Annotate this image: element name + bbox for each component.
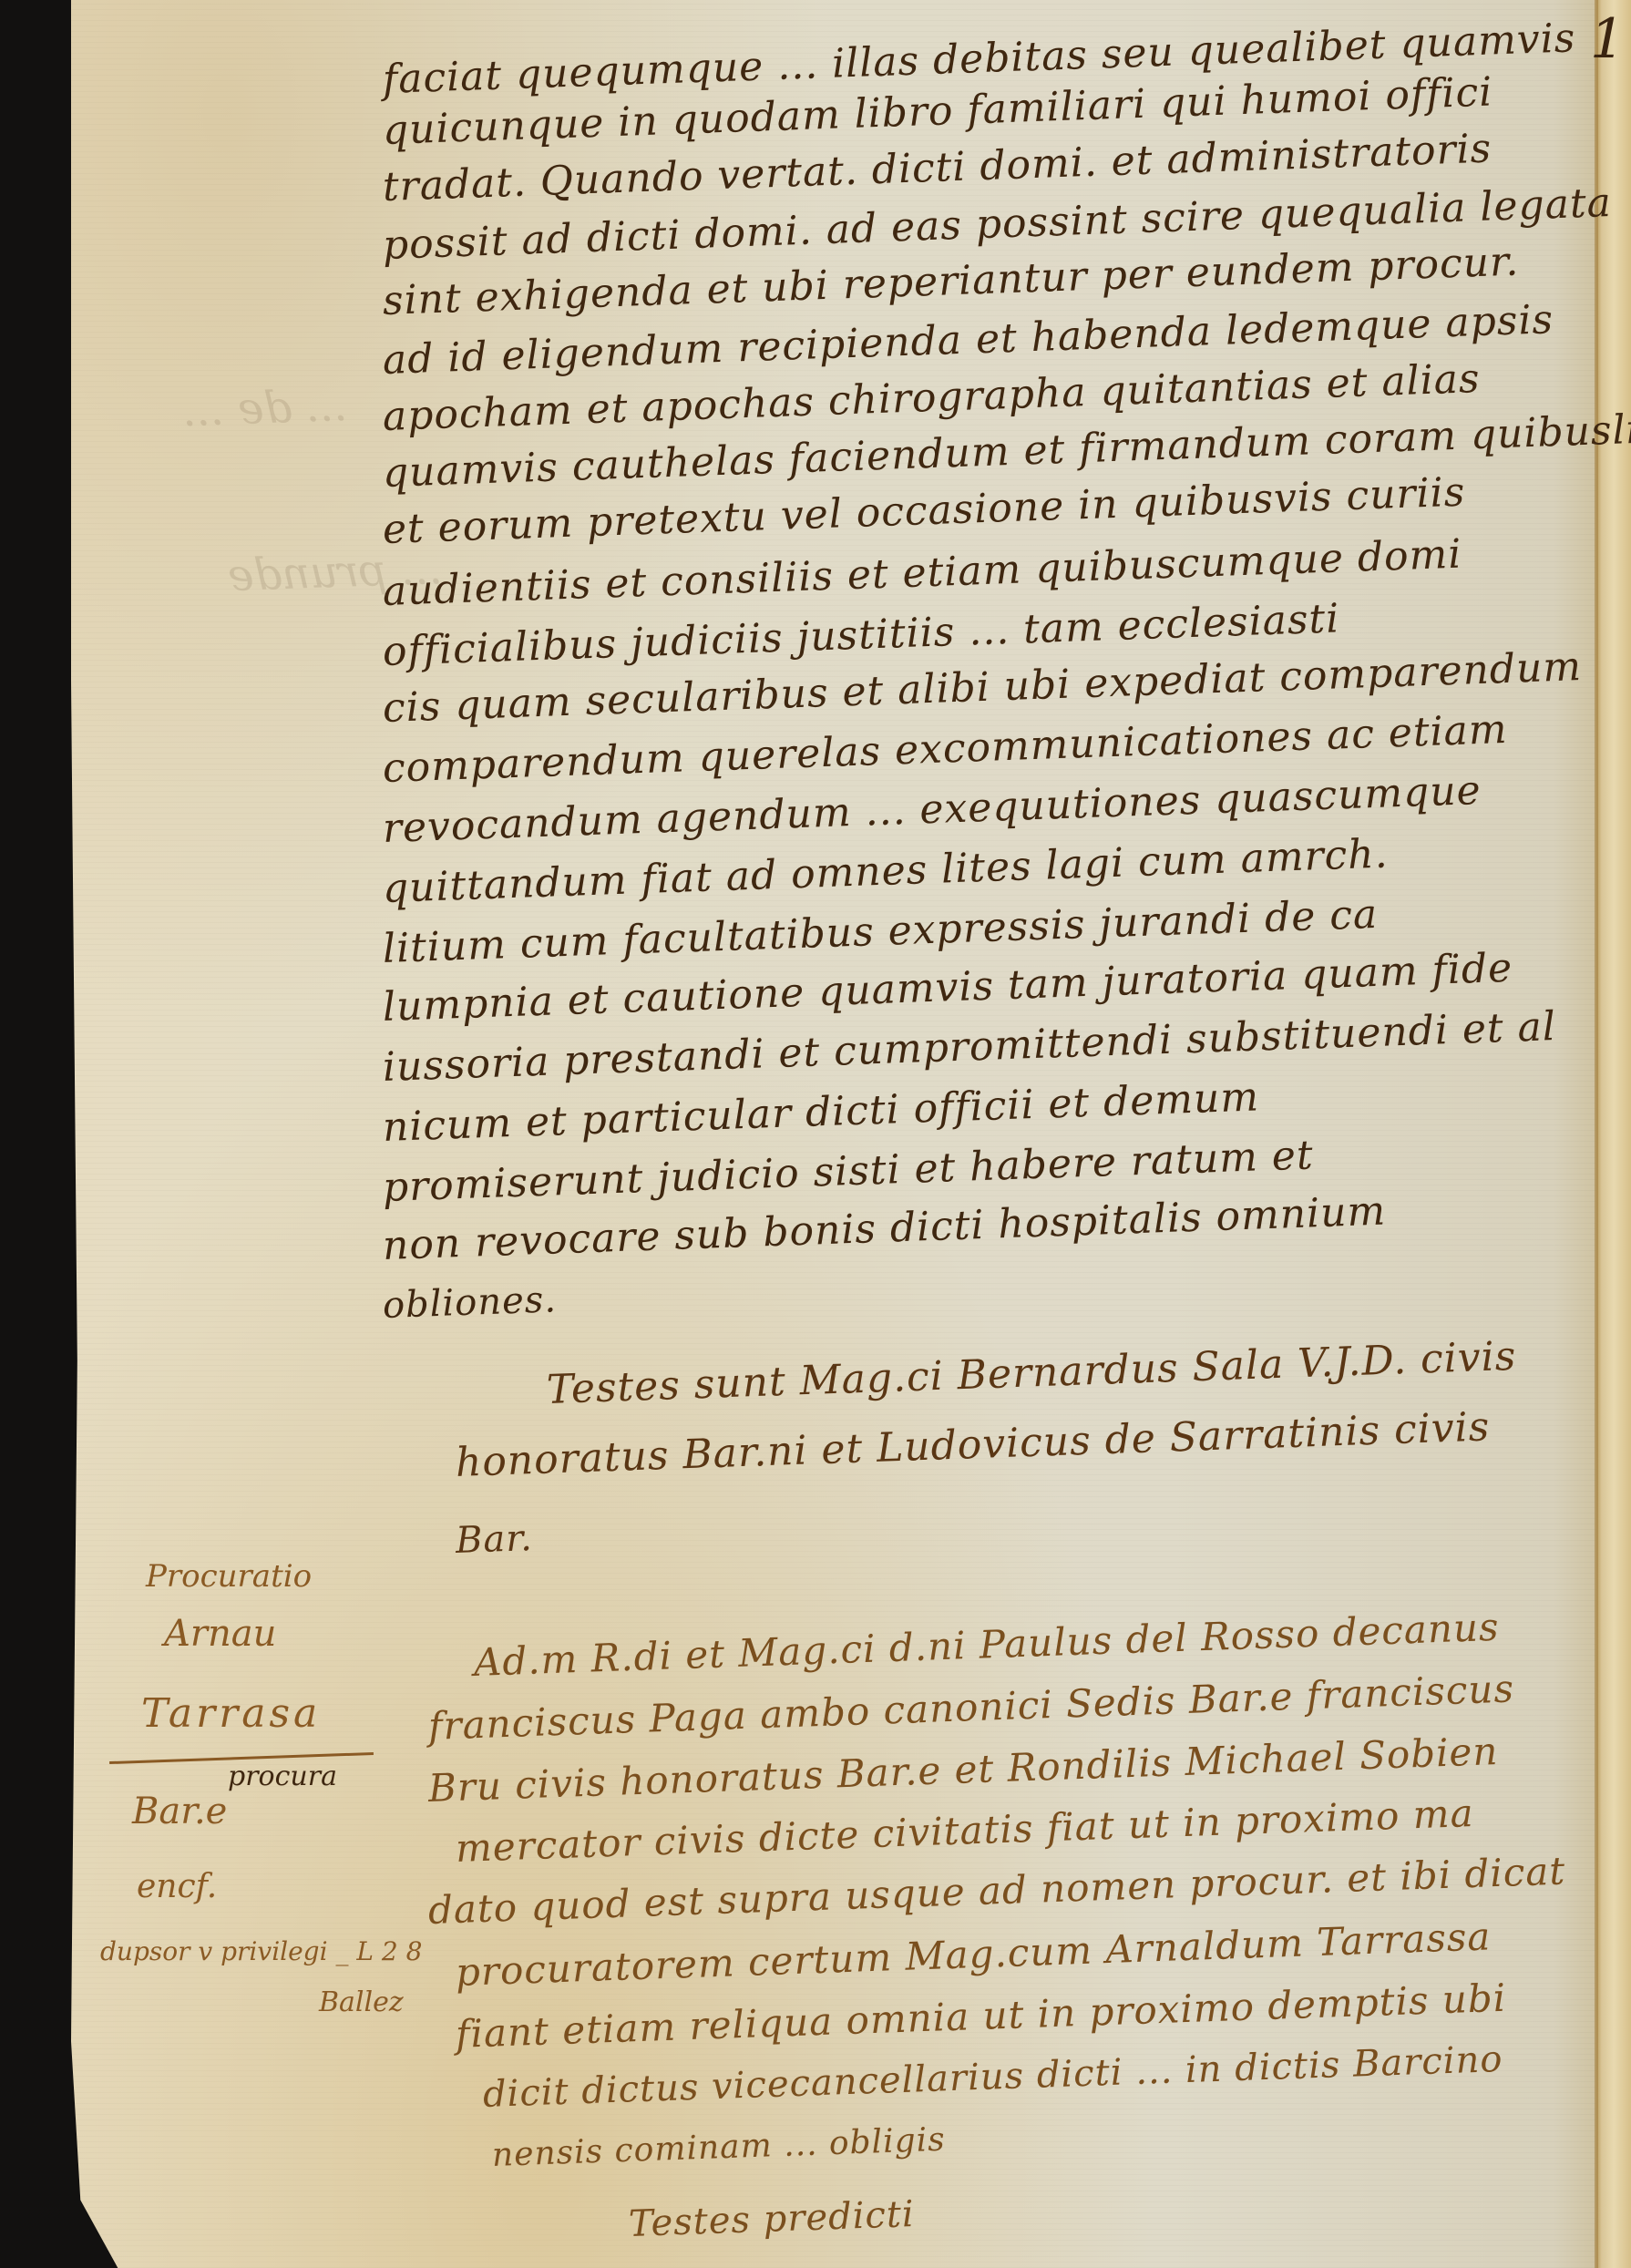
- margin-note-privileges: dupsor v privilegi _ L 2 8: [100, 1936, 422, 1966]
- manuscript-scan: ... de ... ... prunde 1 faciat quequmque…: [0, 0, 1631, 2268]
- margin-note-procura: procura: [228, 1760, 337, 1792]
- margin-note-procuratio: Procuratio: [146, 1558, 312, 1595]
- margin-note-misc: encf.: [137, 1868, 217, 1905]
- margin-note-signature: Ballez: [319, 1986, 404, 2018]
- binding-gutter: [1595, 0, 1598, 2268]
- margin-note-city: Bar.e: [132, 1791, 227, 1832]
- bleed-through-text: ... de ...: [181, 380, 348, 436]
- text-line: obliones.: [382, 1278, 558, 1327]
- page-number: 1: [1590, 7, 1625, 71]
- margin-note-name: Arnau: [164, 1613, 276, 1655]
- witness-line: Bar.: [455, 1517, 533, 1562]
- adjacent-page-edge: [1596, 0, 1631, 2268]
- margin-note-surname: Tarrasa: [141, 1690, 321, 1737]
